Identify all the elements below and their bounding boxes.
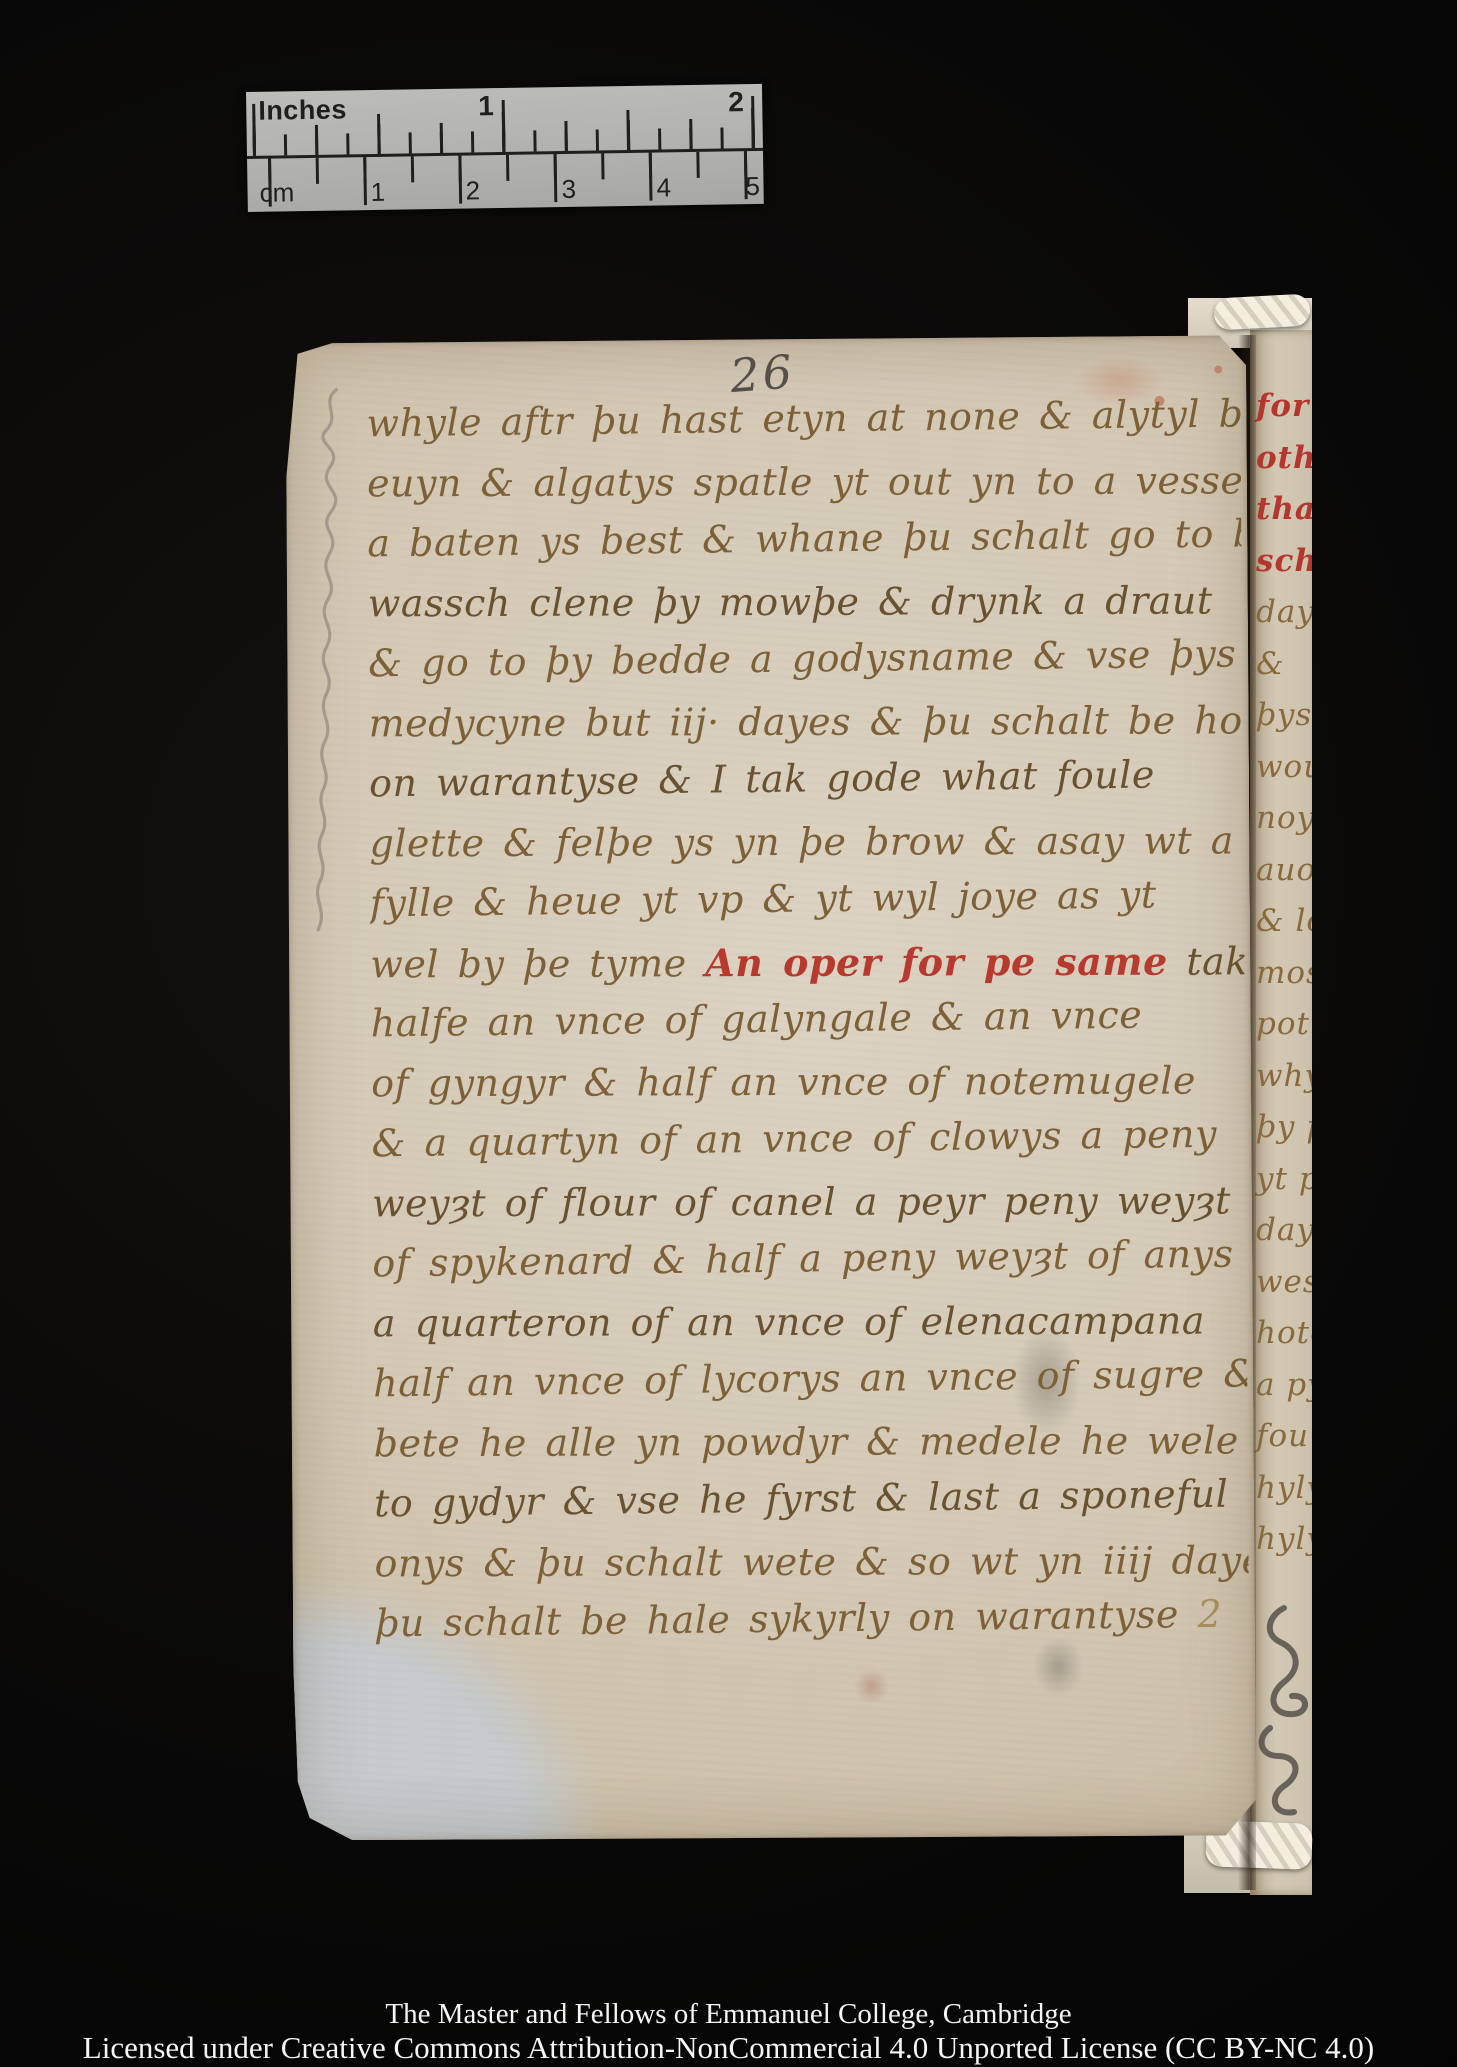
ruler-cm-number: 1 [370,177,385,208]
manuscript-line: of gyngyr & half an vnce of notemugele [371,1058,1245,1121]
ink-text: to gydyr & vse he fyrst & last a sponefu… [374,1471,1249,1525]
edge-text-fragment: noyr [1256,800,1312,852]
pen-flourish [1250,1598,1312,1838]
manuscript-line: euyn & algatys spatle yt out yn to a ves… [367,458,1241,521]
ink-text: bete he alle yn powdyr & medele he wele [374,1418,1239,1465]
ink-text: a quarteron of an vnce of elenacampana [373,1298,1205,1345]
edge-text-fragment: potte [1256,1006,1312,1058]
credit-line: The Master and Fellows of Emmanuel Colle… [0,1998,1457,2031]
edge-text-fragment: þys b [1256,697,1312,749]
edge-text-fragment: a pyn [1256,1367,1312,1419]
ink-text: halfe an vnce of galyngale & an vnce [370,993,1142,1046]
ruler-cm-number: 3 [561,174,576,205]
ink-text: þu schalt be hale sykyrly on warantyse [375,1592,1179,1645]
license-line: Licensed under Creative Commons Attribut… [0,2031,1457,2065]
next-page-edge: forothethatschaday a&þys bwounoyrauou& l… [1250,330,1312,1895]
ink-text: wassch clene þy mowþe & drynk a draut [368,578,1213,625]
stain [853,1668,889,1704]
manuscript-line: medycyne but iij· dayes & þu schalt be h… [369,698,1243,761]
manuscript-line: wel by þe tyme An oper for pe same tak [370,938,1244,1001]
ruler-inches-label: Inches [258,94,347,126]
manuscript-line: glette & felþe ys yn þe brow & asay wt a [369,818,1243,881]
ruler-cm-number: 4 [656,172,671,203]
ink-text: whyle aftr þu hast etyn at none & alytyl… [366,392,1241,446]
stain [1214,365,1222,373]
edge-text-fragment: othe [1256,440,1312,492]
rubric-text: An oper for pe same [705,939,1168,986]
ink-text: glette & felþe ys yn þe brow & asay wt a [369,818,1233,865]
manuscript-line: a quarteron of an vnce of elenacampana [373,1298,1247,1361]
ruler-cm-number: 5 [745,171,760,202]
edge-text-fragment: & [1256,646,1312,698]
manuscript-line: whyle aftr þu hast etyn at none & alytyl… [366,392,1241,462]
manuscript-line: onys & þu schalt wete & so wt yn iiij da… [374,1538,1248,1601]
edge-text-fragment: & lot [1256,903,1312,955]
endband-top [1213,294,1311,331]
margin-inscription [290,381,364,941]
ink-text: & a quartyn of an vnce of clowys a peny [371,1112,1217,1166]
ruler-cm-number: 2 [465,175,480,206]
ink-text: weyȝt of flour of canel a peyr peny weyȝ… [372,1178,1231,1225]
measurement-ruler: Inches 1 2 cm 1 2 3 4 5 [246,84,764,212]
ink-text: of spykenard & half a peny weyȝt of anys [372,1232,1234,1286]
ruler-cm-scale: cm 1 2 3 4 5 [247,151,764,212]
ink-text: medycyne but iij· dayes & þu schalt be h… [369,698,1243,745]
ruler-inch-number: 2 [728,86,744,118]
edge-text-fragment: for [1256,388,1312,440]
manuscript-line: & a quartyn of an vnce of clowys a peny [371,1111,1246,1181]
manuscript-page: 26 whyle aftr þu hast etyn at none & aly… [284,335,1256,1842]
manuscript-text-block: whyle aftr þu hast etyn at none & alytyl… [366,395,1249,1661]
edge-text-fragment: yt pou [1256,1161,1312,1213]
manuscript-line: on warantyse & I tak gode what foule [369,752,1244,822]
edge-text-fragment: days [1256,1212,1312,1264]
edge-text-fragment: hote a [1256,1315,1312,1367]
manuscript-line: fylle & heue yt vp & yt wyl joye as yt [370,872,1245,942]
manuscript-line: bete he alle yn powdyr & medele he wele [374,1418,1248,1481]
manuscript-line: a baten ys best & whane þu schalt go to … [367,512,1242,582]
edge-text-fragment: day a [1256,594,1312,646]
ruler-inch-scale: Inches 1 2 [246,84,763,159]
ink-text: wel by þe tyme [370,941,705,986]
edge-text-fragment: most [1256,955,1312,1007]
ink-text: on warantyse & I tak gode what foule [369,753,1155,806]
edge-text-fragment: hylyh [1256,1470,1312,1522]
edge-text-fragment: whyt [1256,1058,1312,1110]
ruler-inch-number: 1 [478,90,494,122]
ink-text: 2 [1179,1592,1223,1636]
next-page-text-fragments: forothethatschaday a&þys bwounoyrauou& l… [1256,388,1312,1573]
edge-text-fragment: scha [1256,543,1312,595]
ink-text: tak [1168,939,1245,983]
ink-text: euyn & algatys spatle yt out yn to a ves… [367,458,1241,505]
manuscript-line: half an vnce of lycorys an vnce of sugre… [373,1351,1248,1421]
edge-text-fragment: wou [1256,749,1312,801]
edge-text-fragment: auou [1256,852,1312,904]
ink-text: onys & þu schalt wete & so wt yn iiij da… [374,1538,1248,1585]
manuscript-line: halfe an vnce of galyngale & an vnce [370,991,1245,1061]
ink-text: of gyngyr & half an vnce of notemugele [371,1059,1196,1106]
folio-number: 26 [728,344,796,403]
ink-text: half an vnce of lycorys an vnce of sugre… [373,1351,1248,1405]
edge-text-fragment: that [1256,491,1312,543]
edge-text-fragment: fou [1256,1418,1312,1470]
credit-caption: The Master and Fellows of Emmanuel Colle… [0,1998,1457,2065]
manuscript-line: of spykenard & half a peny weyȝt of anys [372,1231,1247,1301]
ruler-cm-label: cm [259,177,294,209]
photo-stage: Inches 1 2 cm 1 2 3 4 5 forothethatschad… [0,0,1457,2067]
ink-text: a baten ys best & whane þu schalt go to … [367,512,1242,566]
ink-text: fylle & heue yt vp & yt wyl joye as yt [370,872,1157,925]
manuscript-line: þu schalt be hale sykyrly on warantyse 2 [375,1591,1250,1661]
edge-text-fragment: wes þ [1256,1264,1312,1316]
manuscript-line: weyȝt of flour of canel a peyr peny weyȝ… [372,1178,1246,1241]
edge-text-fragment: hyly [1256,1521,1312,1573]
ink-text: & go to þy bedde a godysname & vse þys [368,632,1236,686]
edge-text-fragment: þy pot [1256,1109,1312,1161]
manuscript-line: & go to þy bedde a godysname & vse þys [368,632,1243,702]
manuscript-line: to gydyr & vse he fyrst & last a sponefu… [374,1471,1249,1541]
manuscript-line: wassch clene þy mowþe & drynk a draut [368,578,1242,641]
